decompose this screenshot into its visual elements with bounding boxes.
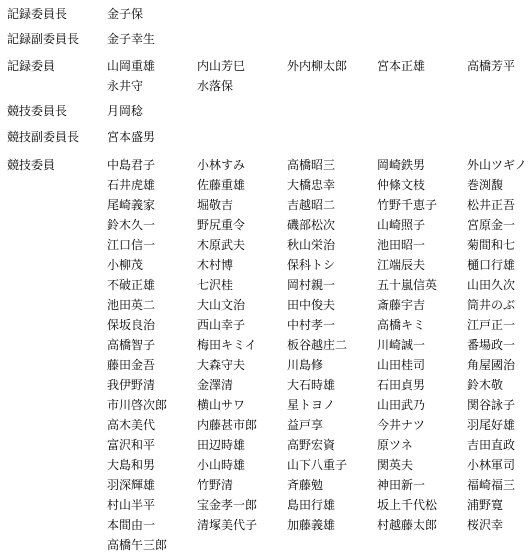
member-name: 磯部松次 xyxy=(287,215,377,235)
member-name: 大島和男 xyxy=(107,455,197,475)
member-name: 松井正吾 xyxy=(467,195,531,215)
member-name: 加藤義雄 xyxy=(287,515,377,535)
member-name: 月岡稔 xyxy=(107,101,197,121)
role-label: 競技副委員長 xyxy=(7,127,79,147)
member-name: 羽尾好雄 xyxy=(467,415,531,435)
role-label: 競技委員長 xyxy=(7,101,67,121)
member-name: 島田行雄 xyxy=(287,495,377,515)
member-name: 菊間和七 xyxy=(467,235,531,255)
member-name: 山崎照子 xyxy=(377,215,467,235)
member-name: 本間由一 xyxy=(107,515,197,535)
member-name: 中島君子 xyxy=(107,155,197,175)
member-name: 原ツネ xyxy=(377,435,467,455)
member-name: 山岡重雄 xyxy=(107,56,197,76)
member-name: 中村孝一 xyxy=(287,315,377,335)
member-name: 岡崎鉄男 xyxy=(377,155,467,175)
member-name: 高橋午三郎 xyxy=(107,535,197,555)
member-name: 江戸正一 xyxy=(467,315,531,335)
member-name: 木村博 xyxy=(197,255,287,275)
member-name: 羽深輝雄 xyxy=(107,475,197,495)
member-name: 山田桂司 xyxy=(377,355,467,375)
member-name: 宮本盛男 xyxy=(107,127,197,147)
member-name: 市川啓次郎 xyxy=(107,395,197,415)
member-name: 大森守夫 xyxy=(197,355,287,375)
member-name: 板谷越庄二 xyxy=(287,335,377,355)
member-name: 池田昭一 xyxy=(377,235,467,255)
member-name: 富沢和平 xyxy=(107,435,197,455)
member-name: 鈴木久一 xyxy=(107,215,197,235)
member-name: 吉越昭二 xyxy=(287,195,377,215)
member-name: 高橋智子 xyxy=(107,335,197,355)
member-name: 不破正雄 xyxy=(107,275,197,295)
member-name: 木原武夫 xyxy=(197,235,287,255)
member-name: 石田貞男 xyxy=(377,375,467,395)
member-name: 五十嵐信英 xyxy=(377,275,467,295)
member-name: 七沢桂 xyxy=(197,275,287,295)
member-name: 大石時雄 xyxy=(287,375,377,395)
member-name: 宮原金一 xyxy=(467,215,531,235)
role-label: 競技委員 xyxy=(7,155,55,175)
member-name: 高橋昭三 xyxy=(287,155,377,175)
member-name: 梅田キミイ xyxy=(197,335,287,355)
member-name: 桜沢幸 xyxy=(467,515,531,535)
member-name: 星トヨノ xyxy=(287,395,377,415)
member-name: 石井虎雄 xyxy=(107,175,197,195)
member-name: 斎藤宇吉 xyxy=(377,295,467,315)
member-name: 益戸享 xyxy=(287,415,377,435)
member-name: 我伊野清 xyxy=(107,375,197,395)
member-name: 鈴木敬 xyxy=(467,375,531,395)
member-name: 江端辰夫 xyxy=(377,255,467,275)
member-name: 斉藤勉 xyxy=(287,475,377,495)
member-name: 番場政一 xyxy=(467,335,531,355)
member-name: 江口信一 xyxy=(107,235,197,255)
member-name: 宮本正雄 xyxy=(377,56,467,76)
member-name: 神田新一 xyxy=(377,475,467,495)
member-name: 巻渕馥 xyxy=(467,175,531,195)
member-name: 筒井のぶ xyxy=(467,295,531,315)
member-name: 小柳茂 xyxy=(107,255,197,275)
member-name: 関谷詠子 xyxy=(467,395,531,415)
member-name: 佐藤重雄 xyxy=(197,175,287,195)
member-name: 堀敬吉 xyxy=(197,195,287,215)
member-name: 内藤甚市郎 xyxy=(197,415,287,435)
member-name: 角屋國治 xyxy=(467,355,531,375)
member-name: 田中俊夫 xyxy=(287,295,377,315)
member-name: 高橋キミ xyxy=(377,315,467,335)
member-name: 内山芳巳 xyxy=(197,56,287,76)
member-name: 今井ナツ xyxy=(377,415,467,435)
member-name: 永井守 xyxy=(107,76,197,96)
role-label: 記録委員 xyxy=(7,56,55,76)
member-name: 吉田直政 xyxy=(467,435,531,455)
member-name: 秋山栄治 xyxy=(287,235,377,255)
member-name: 保坂良治 xyxy=(107,315,197,335)
member-name: 高橋芳平 xyxy=(467,56,531,76)
member-name: 金子幸生 xyxy=(107,29,197,49)
member-name: 金澤清 xyxy=(197,375,287,395)
member-name: 小山時雄 xyxy=(197,455,287,475)
member-name: 水落保 xyxy=(197,76,287,96)
member-name: 樋口行雄 xyxy=(467,255,531,275)
member-name: 大山文治 xyxy=(197,295,287,315)
member-name: 山下八重子 xyxy=(287,455,377,475)
member-name: 清塚美代子 xyxy=(197,515,287,535)
member-name: 福崎福三 xyxy=(467,475,531,495)
member-name: 大橋忠幸 xyxy=(287,175,377,195)
member-name: 横山サワ xyxy=(197,395,287,415)
member-name: 宝金孝一郎 xyxy=(197,495,287,515)
member-name: 保科トシ xyxy=(287,255,377,275)
member-name: 池田英二 xyxy=(107,295,197,315)
member-name: 村越藤太郎 xyxy=(377,515,467,535)
member-name: 小林軍司 xyxy=(467,455,531,475)
role-label: 記録委員長 xyxy=(7,4,67,24)
role-label: 記録副委員長 xyxy=(7,29,79,49)
member-name: 川崎誠一 xyxy=(377,335,467,355)
member-name: 藤田金吾 xyxy=(107,355,197,375)
member-name: 高木美代 xyxy=(107,415,197,435)
member-name: 岡村親一 xyxy=(287,275,377,295)
member-name: 外内柳太郎 xyxy=(287,56,377,76)
member-name: 尾崎義家 xyxy=(107,195,197,215)
member-name: 坂上千代松 xyxy=(377,495,467,515)
member-name: 竹野清 xyxy=(197,475,287,495)
member-name: 関英夫 xyxy=(377,455,467,475)
member-name: 山田久次 xyxy=(467,275,531,295)
member-name: 山田武乃 xyxy=(377,395,467,415)
member-name: 外山ツギノ xyxy=(467,155,531,175)
member-name: 浦野寛 xyxy=(467,495,531,515)
member-name: 川島修 xyxy=(287,355,377,375)
member-name: 仲條文枝 xyxy=(377,175,467,195)
member-name: 竹野千恵子 xyxy=(377,195,467,215)
member-name: 小林すみ xyxy=(197,155,287,175)
member-name: 田辺時雄 xyxy=(197,435,287,455)
member-name: 村山半平 xyxy=(107,495,197,515)
member-name: 金子保 xyxy=(107,4,197,24)
member-name: 野尻重令 xyxy=(197,215,287,235)
member-name: 高野宏資 xyxy=(287,435,377,455)
member-name: 西山幸子 xyxy=(197,315,287,335)
